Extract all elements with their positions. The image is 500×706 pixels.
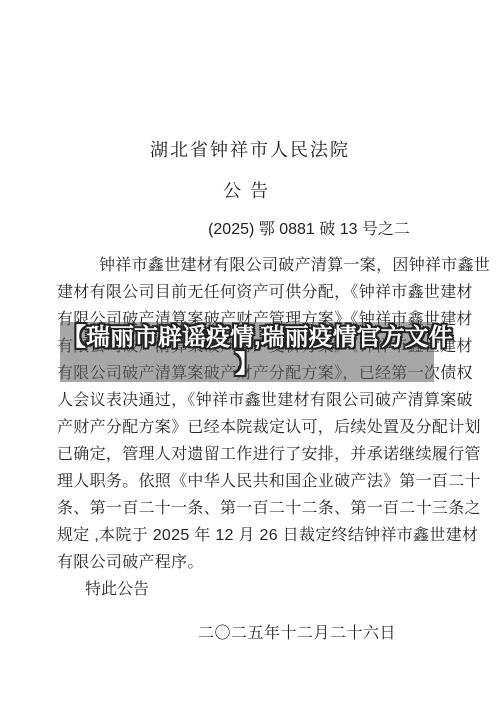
watermark-text-line2: 】 — [60, 352, 434, 378]
document-type-title: 公告 — [0, 177, 500, 203]
body-line: 建材有限公司目前无任何资产可供分配，《钟祥市鑫世建材 — [57, 279, 457, 306]
body-line: 产财产分配方案》已经本院裁定认可，后续处置及分配计划 — [57, 414, 457, 441]
case-number: (2025) 鄂 0881 破 13 号之二 — [0, 216, 500, 239]
announcement-page: 湖北省钟祥市人民法院 公告 (2025) 鄂 0881 破 13 号之二 钟祥市… — [0, 0, 500, 706]
body-line: 规定 ,本院于 2025 年 12 月 26 日裁定终结钟祥市鑫世建材 — [57, 522, 457, 549]
body-line: 人会议表决通过，《钟祥市鑫世建材有限公司破产清算案破 — [57, 387, 457, 414]
watermark-text-line1: 【瑞丽市辟谣疫情,瑞丽疫情官方文件 — [62, 324, 453, 352]
body-line: 有限公司破产程序。 — [57, 549, 457, 576]
announcement-body: 钟祥市鑫世建材有限公司破产清算一案，因钟祥市鑫世 建材有限公司目前无任何资产可供… — [57, 252, 457, 603]
announcement-date: 二〇二五年十二月二十六日 — [0, 620, 500, 643]
body-line: 理人职务。依照《中华人民共和国企业破产法》第一百二十 — [57, 468, 457, 495]
body-line: 条、第一百二十一条、第一百二十二条、第一百二十三条之 — [57, 495, 457, 522]
body-line: 已确定，管理人对遗留工作进行了安排，并承诺继续履行管 — [57, 441, 457, 468]
watermark-banner: 【瑞丽市辟谣疫情,瑞丽疫情官方文件 】 — [60, 322, 434, 382]
court-title: 湖北省钟祥市人民法院 — [0, 136, 500, 162]
body-line: 钟祥市鑫世建材有限公司破产清算一案，因钟祥市鑫世 — [57, 252, 457, 279]
closing-line: 特此公告 — [57, 576, 457, 603]
